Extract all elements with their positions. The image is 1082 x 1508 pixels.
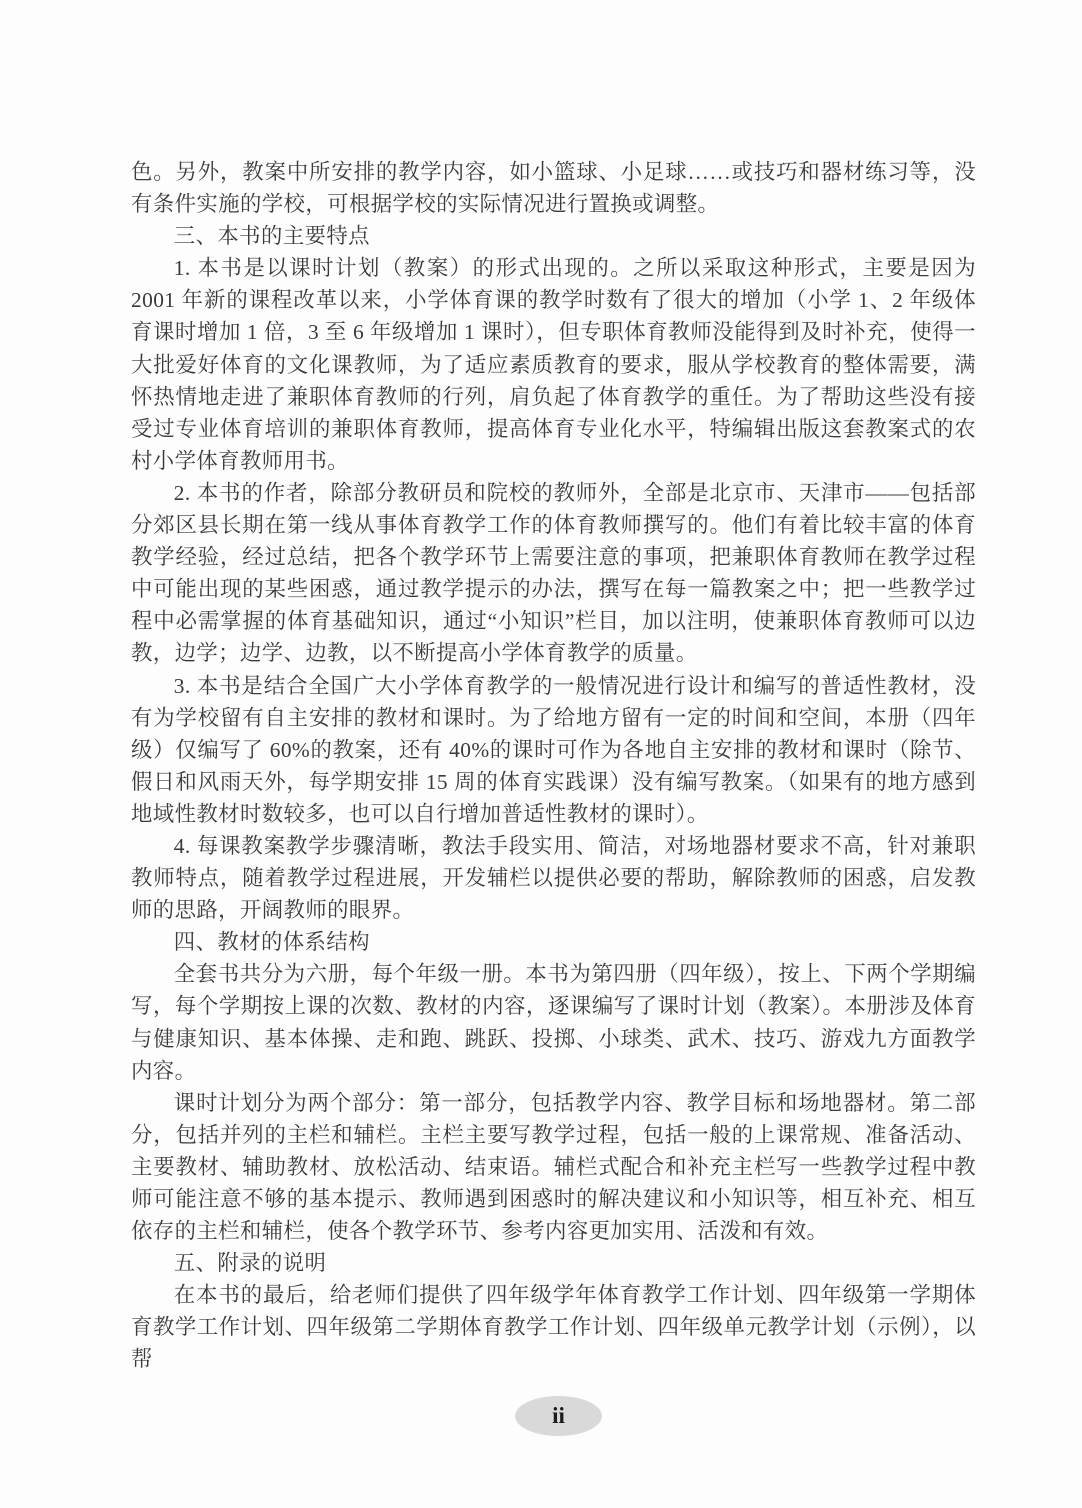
- section-heading: 四、教材的体系结构: [131, 926, 976, 958]
- paragraph: 4. 每课教案教学步骤清晰，教法手段实用、简洁，对场地器材要求不高，针对兼职教师…: [131, 830, 976, 926]
- paragraph: 1. 本书是以课时计划（教案）的形式出现的。之所以采取这种形式，主要是因为 20…: [131, 252, 976, 477]
- page-number-badge: ii: [515, 1396, 602, 1436]
- paragraph: 在本书的最后，给老师们提供了四年级学年体育教学工作计划、四年级第一学期体育教学工…: [131, 1279, 976, 1375]
- paragraph: 全套书共分为六册，每个年级一册。本书为第四册（四年级），按上、下两个学期编写，每…: [131, 958, 976, 1086]
- document-page: 色。另外，教案中所安排的教学内容，如小篮球、小足球……或技巧和器材练习等，没有条…: [0, 0, 1082, 1508]
- text-content: 色。另外，教案中所安排的教学内容，如小篮球、小足球……或技巧和器材练习等，没有条…: [131, 156, 976, 1376]
- paragraph: 2. 本书的作者，除部分教研员和院校的教师外，全部是北京市、天津市——包括部分郊…: [131, 477, 976, 670]
- section-heading: 三、本书的主要特点: [131, 220, 976, 252]
- paragraph: 3. 本书是结合全国广大小学体育教学的一般情况进行设计和编写的普适性教材，没有为…: [131, 670, 976, 830]
- paragraph: 色。另外，教案中所安排的教学内容，如小篮球、小足球……或技巧和器材练习等，没有条…: [131, 156, 976, 220]
- page-footer: ii: [0, 1396, 1082, 1436]
- paragraph: 课时计划分为两个部分：第一部分，包括教学内容、教学目标和场地器材。第二部分，包括…: [131, 1087, 976, 1247]
- page-number: ii: [552, 1404, 565, 1427]
- section-heading: 五、附录的说明: [131, 1247, 976, 1279]
